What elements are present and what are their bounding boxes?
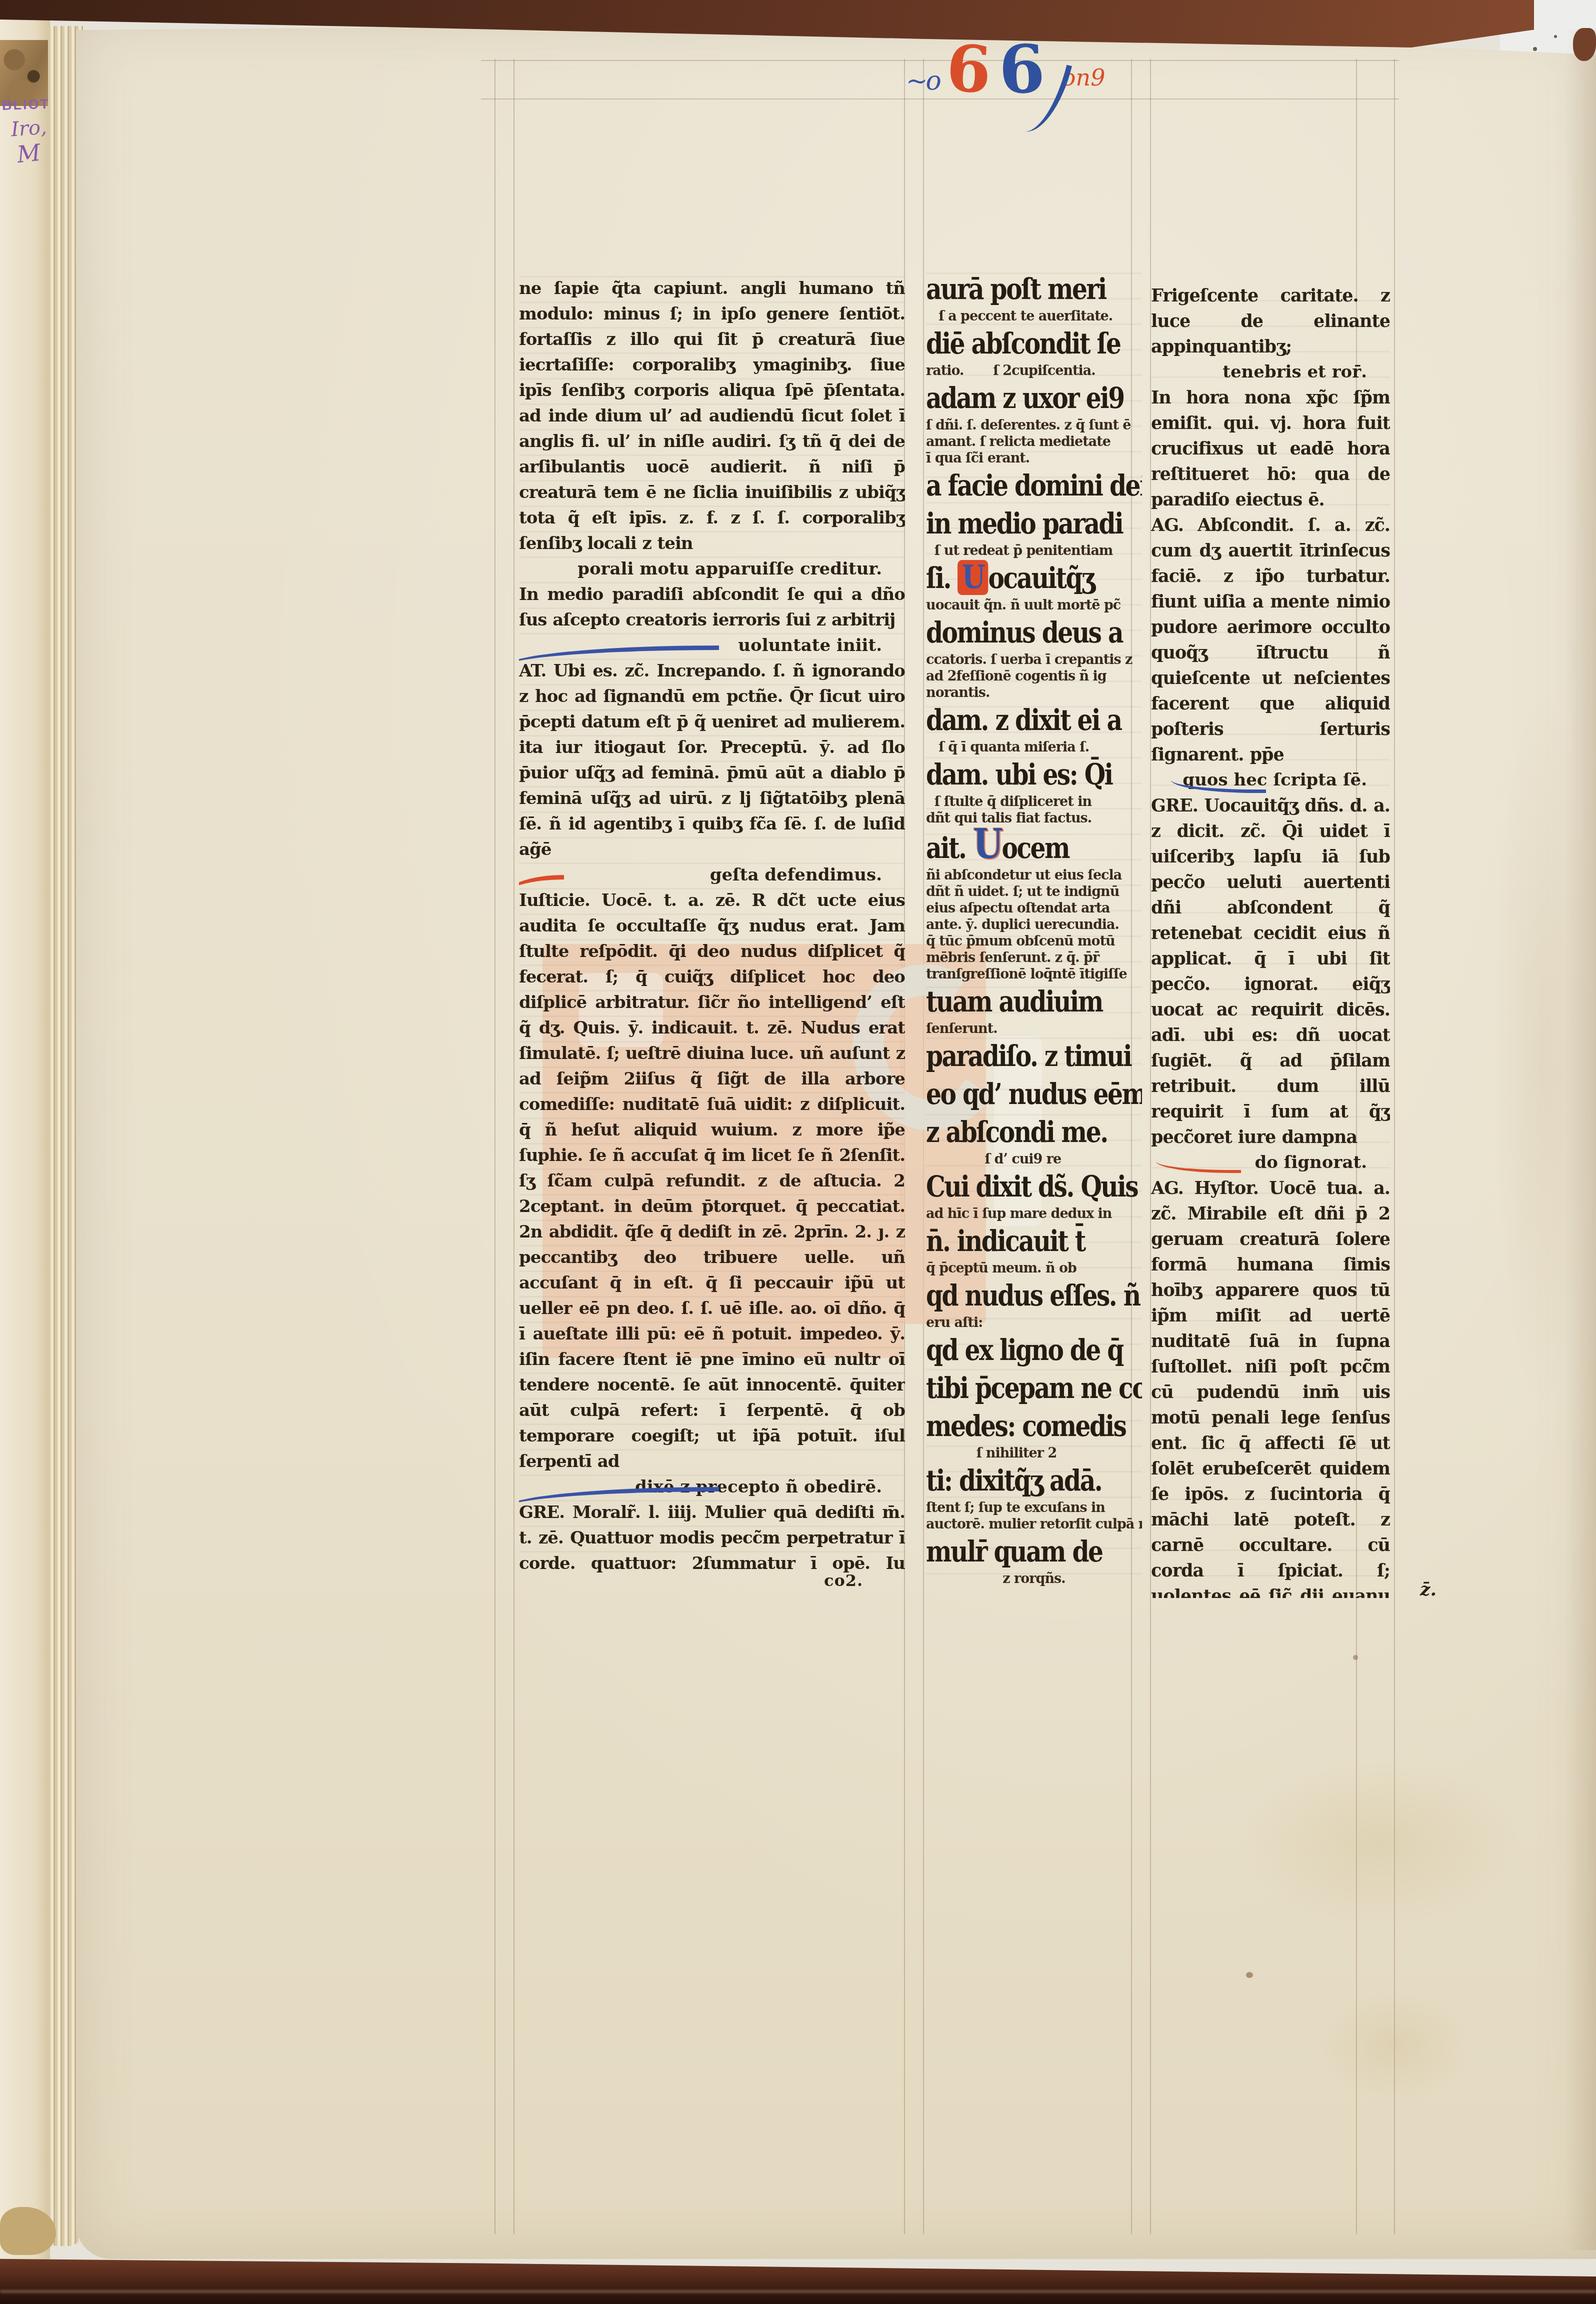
gloss-text: Frigeſcente caritate. z luce de elinante… [1151, 283, 1390, 359]
ruling-line [494, 59, 495, 2234]
facing-page-sliver: BLIOTE Iro, M [0, 14, 50, 2261]
interlinear-gloss-line: ante. ȳ. duplici uerecundia. [926, 916, 1142, 933]
leather-cover-corner [1573, 28, 1596, 61]
interlinear-gloss-line: ratio. ſ 2cupiſcentia. [926, 362, 1142, 379]
interlinear-gloss-line: mēbris ſenſerunt. z q̄. p̄r̄ [926, 949, 1142, 966]
bible-line-large: dominus deus a [926, 613, 1107, 651]
interlinear-gloss-line: dñt ñ uidet. ſ; ut te indignū [926, 883, 1142, 900]
interlinear-gloss-line: ſ dñi. ſ. deſerentes. z q̄ ſunt ē [926, 417, 1142, 433]
end-flourish: z̄. [1420, 1579, 1436, 1600]
gloss-column-right: Frigeſcente caritate. z luce de elinante… [1151, 283, 1390, 1598]
interlinear-gloss-line: ſ nihiliter 2 [926, 1445, 1142, 1461]
gloss-paragraph: In hora nona xp̃c ſp̃m emiſit. qui. vj. … [1151, 385, 1390, 512]
interlinear-gloss-line: ſ d’ cui9 re [926, 1151, 1142, 1167]
gloss-tail-line: tenebris et ror̄. [1151, 359, 1390, 385]
quire-mark: ~o 6 6 on9 [906, 42, 1105, 127]
dust-speck [1533, 47, 1537, 51]
gloss-text: GRE. Moralr̃. l. iiij. Mulier quā dediſt… [519, 1500, 905, 1576]
parchment-stain [1495, 700, 1590, 1400]
bible-line-large: Cui dixit ds̃. Quis [926, 1167, 1107, 1205]
damaged-board-patch [0, 40, 48, 106]
bible-line-large: ait. Uocem [926, 826, 1107, 867]
gloss-paragraph: AG. Hyſtor. Uocē tua. a. zc̃. Mirabile e… [1151, 1175, 1390, 1598]
decorated-initial-bluered: U [973, 826, 1002, 861]
bible-line-text: ocem [1001, 831, 1069, 865]
gloss-tail-line: do ſignorat. [1151, 1150, 1390, 1175]
gloss-column-left: ne ſapie q̃ta capiunt. angli humano tñ m… [519, 276, 905, 1576]
gloss-tail-line: porali motu apparuiſſe creditur. [519, 556, 905, 582]
gloss-text: ne ſapie q̃ta capiunt. angli humano tñ m… [519, 276, 905, 556]
gloss-text: Iuſticie. Uocē. t. a. zē. R dc̃t ucte ei… [519, 888, 905, 1474]
gloss-paragraph: GRE. Moralr̃. l. iiij. Mulier quā dediſt… [519, 1500, 905, 1576]
bible-line-large: eo qd’ nudus eēm. [926, 1075, 1107, 1113]
bible-line-large: qd ex ligno de q̄ [926, 1331, 1107, 1369]
interlinear-gloss-line: dñt qui talis fiat factus. [926, 810, 1142, 826]
gloss-tail-line: geſta defendimus. [519, 862, 905, 888]
bible-line-large: ſi. Uocauitq̃ʒ [926, 559, 1107, 597]
gloss-text: In medio paradiſi abſcondit ſe qui a dño… [519, 582, 905, 633]
bible-line-large: diē abſcondit ſe [926, 324, 1107, 362]
bible-column-center: aurā poſt meri ſ a peccent te auerſitate… [926, 270, 1142, 1620]
interlinear-gloss-line: ad 2feſſionē cogentis ñ ig [926, 668, 1142, 684]
interlinear-gloss-line: eru aſti: [926, 1314, 1142, 1331]
quire-mark-blue-digit: 6 [998, 41, 1046, 98]
interlinear-gloss-line: ī qua ſc̃i erant. [926, 450, 1142, 466]
quire-mark-squiggle-left: ~o [906, 66, 939, 96]
handwritten-shelfmark: M [15, 139, 41, 168]
decorated-initial-redblue: U [957, 560, 988, 595]
ruling-line [513, 59, 514, 2234]
gloss-text: GRE. Uocauitq̃ʒ dñs. d. a. z dicit. zc̃.… [1151, 793, 1390, 1150]
bible-line-large: medes: comedis [926, 1407, 1107, 1445]
bible-line-text: ocauitq̃ʒ [988, 561, 1094, 595]
bible-line-large: z abſcondi me. [926, 1113, 1107, 1151]
bible-line-text: ſi. [926, 561, 957, 595]
catchword: co2. [824, 1571, 863, 1590]
gloss-paragraph: ne ſapie q̃ta capiunt. angli humano tñ m… [519, 276, 905, 582]
interlinear-gloss-line: auctorē. mulier retorſit culpā re [926, 1516, 1142, 1532]
bible-line-large: aurā poſt meri [926, 270, 1107, 308]
interlinear-gloss-line: ſ ſtulte q̄ diſpliceret in [926, 793, 1142, 810]
interlinear-gloss-line: ſtent ſ; ſup te excuſans in [926, 1499, 1142, 1516]
bible-line-large: tuam audiuim [926, 982, 1107, 1020]
ink-speck [1353, 1655, 1358, 1660]
parchment-stain [1320, 1990, 1470, 2100]
bible-line-large: n̄. indicauit t̄ [926, 1222, 1107, 1260]
bible-line-text: ait. [926, 831, 973, 865]
interlinear-gloss-line: ſ ut redeat p̄ penitentiam [926, 542, 1142, 559]
library-stamp-fragment: BLIOTE [1, 96, 50, 113]
bible-line-large: tibi p̄cepam ne co [926, 1369, 1107, 1407]
parchment-stain [1240, 1760, 1520, 1925]
gloss-paragraph: AG. Abſcondit. ſ. a. zc̃. cum dʒ auertit… [1151, 512, 1390, 793]
interlinear-gloss-line: q̄ p̄ceptū meum. ñ ob [926, 1260, 1142, 1276]
gloss-text: AG. Hyſtor. Uocē tua. a. zc̃. Mirabile e… [1151, 1175, 1390, 1598]
bible-line-large: ti: dixitq̃ʒ adā. [926, 1461, 1107, 1499]
bible-line-large: dam. z dixit ei a [926, 701, 1107, 739]
interlinear-gloss-line: ſenſerunt. [926, 1020, 1142, 1037]
dust-speck [1554, 35, 1557, 38]
interlinear-gloss-line: amant. ſ relicta medietate [926, 433, 1142, 450]
interlinear-gloss-line: uocauit q̃n. ñ uult mortē pc̃ [926, 597, 1142, 613]
interlinear-gloss-line: norantis. [926, 684, 1142, 701]
interlinear-gloss-line: ñi abſcondetur ut eius ſecla [926, 867, 1142, 883]
bible-line-large: adam z uxor ei9 [926, 379, 1107, 417]
bible-line-large: dam. ubi es: Q̄i [926, 755, 1107, 793]
gloss-paragraph: AT. Ubi es. zc̃. Increpando. ſ. ñ ignora… [519, 658, 905, 888]
ink-speck [1246, 1972, 1253, 1978]
gloss-paragraph: Frigeſcente caritate. z luce de elinante… [1151, 283, 1390, 385]
interlinear-gloss-line: eius aſpectu oſtendat arta [926, 900, 1142, 916]
interlinear-gloss-line: ccatoris. ſ uerba ī crepantis z [926, 651, 1142, 668]
gloss-tail-line: quos hec ſcripta ſē. [1151, 767, 1390, 793]
gloss-text: AT. Ubi es. zc̃. Increpando. ſ. ñ ignora… [519, 658, 905, 862]
interlinear-gloss-line: ad hīc ī ſup mare dedux in [926, 1205, 1142, 1222]
leather-cover-shine [0, 2290, 1596, 2293]
handwritten-shelfmark: Iro, [10, 116, 47, 141]
interlinear-gloss-line: tranſgreſſionē loq̄ntē ītigiſſe [926, 966, 1142, 982]
bible-line-large: a facie domini dei [926, 466, 1107, 504]
bible-line-large: paradiſo. z timui [926, 1037, 1107, 1075]
gloss-text: AG. Abſcondit. ſ. a. zc̃. cum dʒ auertit… [1151, 512, 1390, 767]
interlinear-gloss-line: z rorqñs. [926, 1570, 1142, 1587]
interlinear-gloss-line: q̄ tūc p̄mum obſcenū motū [926, 933, 1142, 949]
bible-line-large: qd nudus eſſes. ñ [926, 1276, 1107, 1314]
gloss-paragraph: GRE. Uocauitq̃ʒ dñs. d. a. z dicit. zc̃.… [1151, 793, 1390, 1175]
bible-line-large: mulr̄ quam de [926, 1532, 1107, 1570]
interlinear-gloss-line: ſ q̄ ī quanta miſeria ſ. [926, 739, 1142, 755]
bible-line-large: in medio paradi [926, 504, 1107, 542]
gloss-paragraph: Iuſticie. Uocē. t. a. zē. R dc̃t ucte ei… [519, 888, 905, 1500]
gloss-text: In hora nona xp̃c ſp̃m emiſit. qui. vj. … [1151, 385, 1390, 512]
interlinear-gloss-line: ſ a peccent te auerſitate. [926, 308, 1142, 324]
quire-mark-red-digit: 6 [945, 41, 992, 98]
